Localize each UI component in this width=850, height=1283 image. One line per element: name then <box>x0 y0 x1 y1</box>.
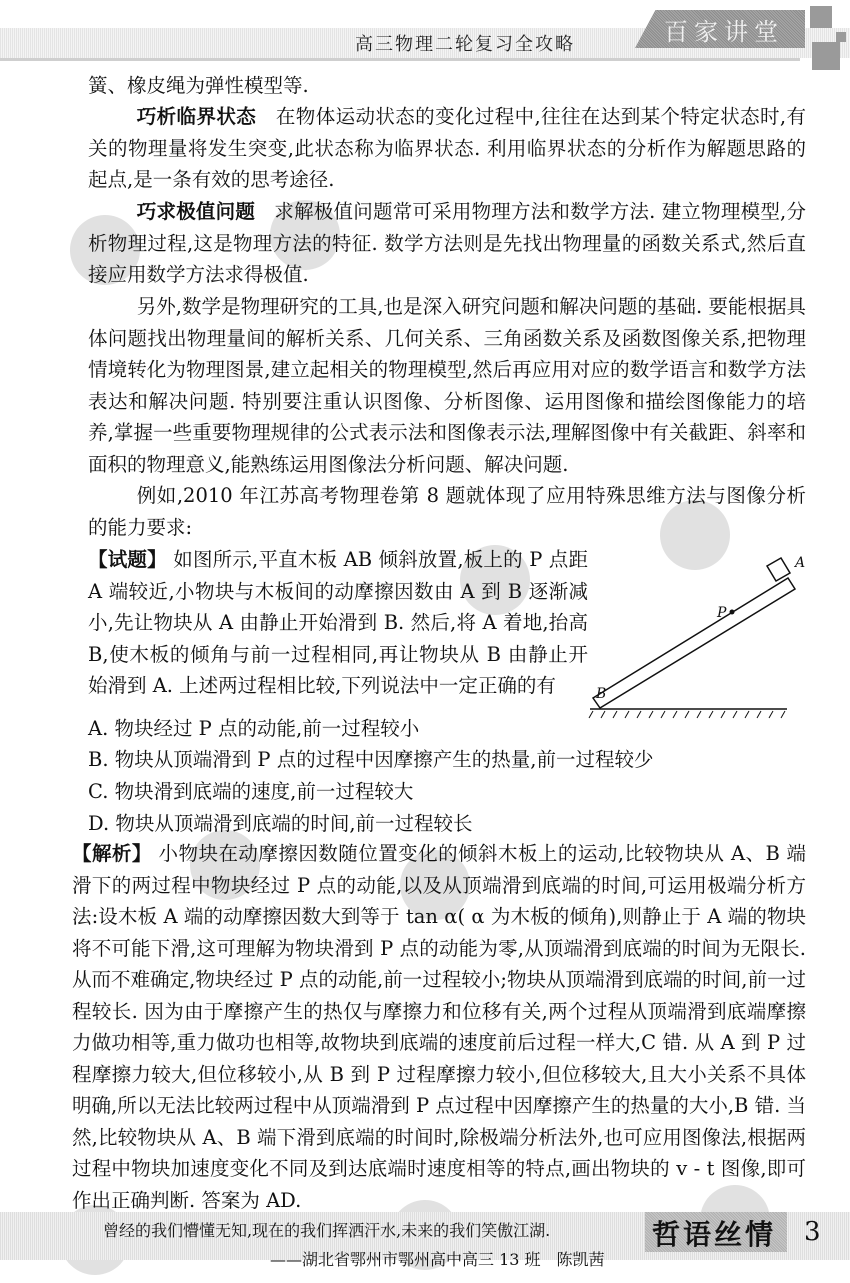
book-title: 高三物理二轮复习全攻略 <box>355 30 575 56</box>
figure-label-b: B <box>596 686 606 702</box>
decorative-square-icon <box>812 42 840 70</box>
paragraph-example-intro: 例如,2010 年江苏高考物理卷第 8 题就体现了应用特殊思维方法与图像分析的能… <box>88 480 806 543</box>
option-b: B. 物块从顶端滑到 P 点的过程中因摩擦产生的热量,前一过程较少 <box>88 744 653 772</box>
header-divider <box>0 58 800 61</box>
footer-quote: 曾经的我们懵懂无知,现在的我们挥洒汗水,未来的我们笑傲江湖. <box>103 1218 550 1241</box>
paragraph-critical-state: 巧析临界状态 在物体运动状态的变化过程中,往往在达到某个特定状态时,有关的物理量… <box>88 101 806 196</box>
paragraph-math-tools: 另外,数学是物理研究的工具,也是深入研究问题和解决问题的基础. 要能根据具体问题… <box>88 291 806 480</box>
heading-extremum: 巧求极值问题 <box>137 200 255 223</box>
decorative-square-icon <box>810 6 832 28</box>
option-a: A. 物块经过 P 点的动能,前一过程较小 <box>88 713 419 741</box>
decorative-square-icon <box>836 32 846 42</box>
option-c: C. 物块滑到底端的速度,前一过程较大 <box>88 776 413 804</box>
section-badge: 百家讲堂 <box>664 12 784 47</box>
page-number: 3 <box>804 1217 821 1247</box>
analysis-text: 小物块在动摩擦因数随位置变化的倾斜木板上的运动,比较物块从 A、B 端滑下的两过… <box>72 842 806 1212</box>
figure-label-p: P <box>717 605 726 621</box>
option-d: D. 物块从顶端滑到底端的时间,前一过程较长 <box>88 808 473 836</box>
figure-label-a: A <box>795 555 805 571</box>
analysis-tag: 【解析】 <box>72 842 152 865</box>
question-block: 【试题】 如图所示,平直木板 AB 倾斜放置,板上的 P 点距 A 端较近,小物… <box>88 544 588 702</box>
analysis-block: 【解析】 小物块在动摩擦因数随位置变化的倾斜木板上的运动,比较物块从 A、B 端… <box>72 838 806 1216</box>
inclined-board-figure <box>585 548 825 720</box>
question-tag: 【试题】 <box>88 548 167 571</box>
paragraph-continuation: 簧、橡皮绳为弹性模型等. <box>88 70 806 102</box>
footer-author: ——湖北省鄂州市鄂州高中高三 13 班 陈凯茜 <box>270 1247 605 1270</box>
paragraph-extremum: 巧求极值问题 求解极值问题常可采用物理方法和数学方法. 建立物理模型,分析物理过… <box>88 196 806 291</box>
footer-badge: 哲语丝情 <box>652 1213 776 1253</box>
heading-critical-state: 巧析临界状态 <box>137 105 256 128</box>
